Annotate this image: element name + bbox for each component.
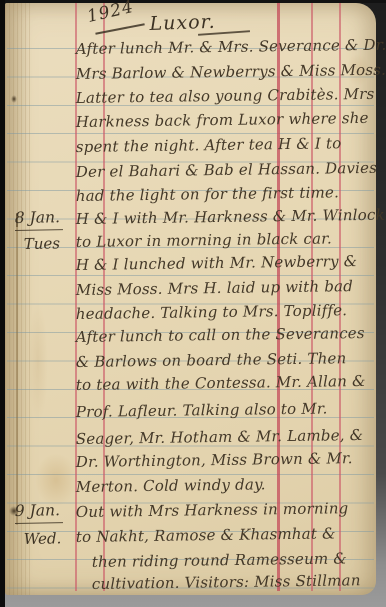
entry-date-9jan: 9 Jan. — [15, 499, 64, 524]
journal-line: H & I with Mr. Harkness & Mr. Winlock — [76, 203, 385, 231]
journal-line: Merton. Cold windy day. — [76, 472, 266, 499]
journal-line: spent the night. After tea H & I to — [76, 131, 342, 159]
journal-line: to tea with the Contessa. Mr. Allan & — [76, 369, 366, 397]
journal-line: cultivation. Visitors: Miss Stillman — [92, 568, 361, 596]
journal-line: Harkness back from Luxor where she — [76, 106, 369, 134]
journal-line: Out with Mrs Harkness in morning — [76, 496, 349, 524]
journal-line: After lunch Mr. & Mrs. Severance & Dr. & — [76, 32, 386, 61]
handwriting-layer: 1924 Luxor. After lunch Mr. & Mrs. Sever… — [0, 0, 386, 607]
entry-day-8jan: Tues — [24, 232, 61, 255]
journal-line: Dr. Worthington, Miss Brown & Mr. — [76, 446, 353, 474]
photo-background: 1924 Luxor. After lunch Mr. & Mrs. Sever… — [0, 0, 386, 607]
entry-date-8jan: 8 Jan. — [15, 206, 64, 231]
journal-line: Prof. Lafleur. Talking also to Mr. — [76, 396, 328, 424]
page-year: 1924 — [85, 0, 136, 28]
journal-line: H & I lunched with Mr. Newberry & — [76, 249, 358, 277]
entry-day-9jan: Wed. — [24, 527, 62, 550]
page-title: Luxor. — [149, 10, 216, 36]
journal-line: to Nakht, Ramose & Khasmhat & — [76, 521, 336, 549]
journal-line: After lunch to call on the Severances — [76, 321, 365, 349]
